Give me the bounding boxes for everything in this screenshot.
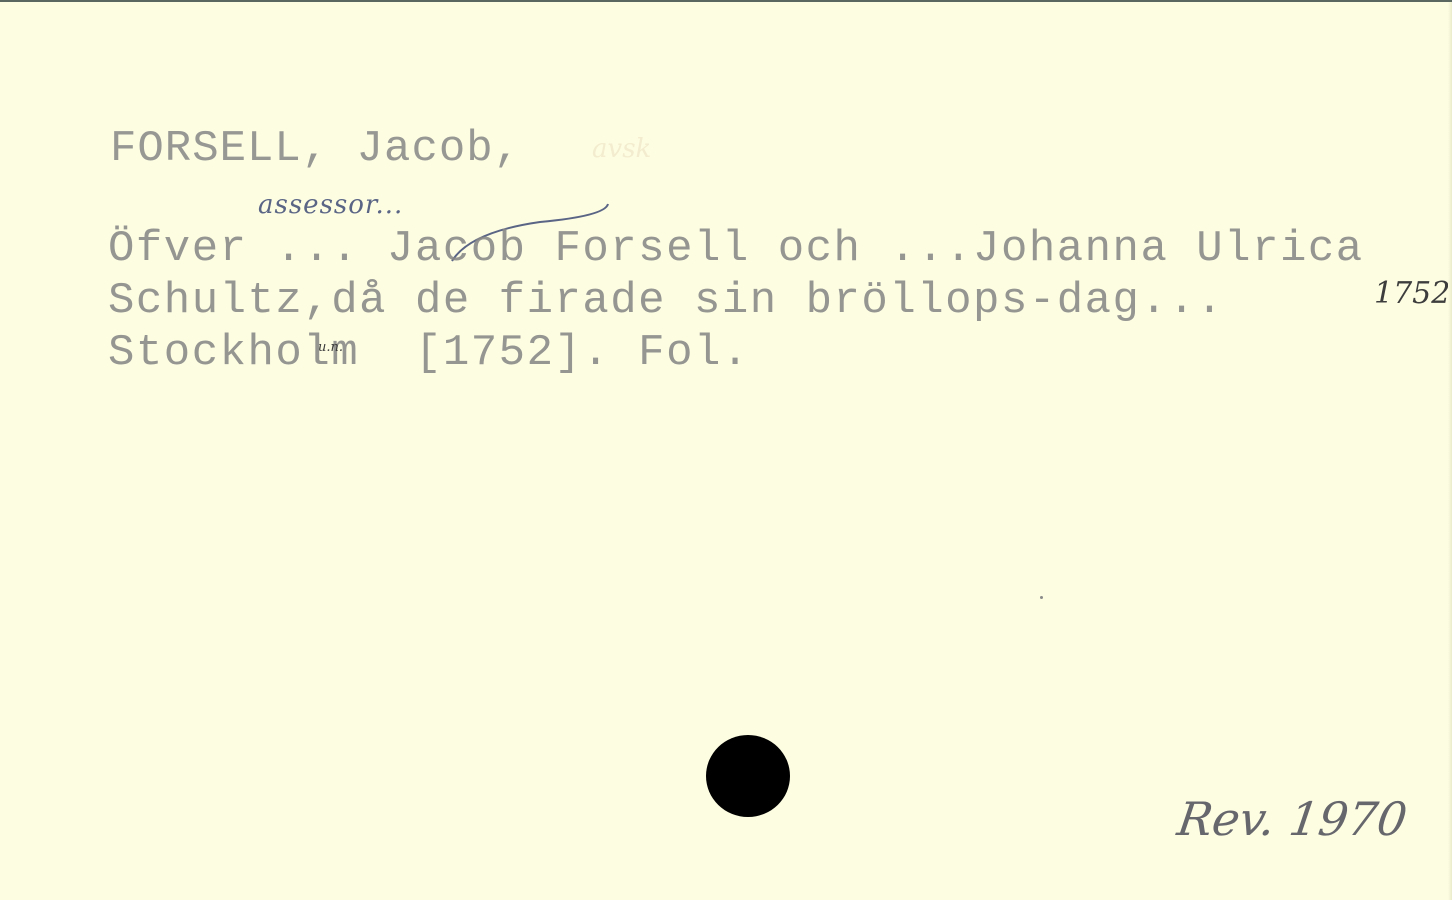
punch-hole bbox=[706, 735, 790, 817]
handwritten-year: 1752, bbox=[1374, 276, 1452, 311]
faint-annotation: avsk bbox=[592, 134, 651, 164]
title-line-2: Schultz,då de firade sin bröllops-dag... bbox=[108, 276, 1224, 326]
imprint-line: Stockholm [1752]. Fol. bbox=[108, 328, 750, 378]
catalog-card: FORSELL, Jacob, avsk assessor... Öfver .… bbox=[0, 0, 1452, 900]
handwritten-insertion: assessor... bbox=[258, 190, 403, 220]
revision-note: Rev. 1970 bbox=[1174, 792, 1410, 846]
handwritten-place-note: u.n. bbox=[318, 340, 343, 355]
paper-speck bbox=[1040, 596, 1043, 599]
title-line-1: Öfver ... Jacob Forsell och ...Johanna U… bbox=[108, 224, 1364, 274]
card-heading: FORSELL, Jacob, bbox=[110, 124, 521, 174]
